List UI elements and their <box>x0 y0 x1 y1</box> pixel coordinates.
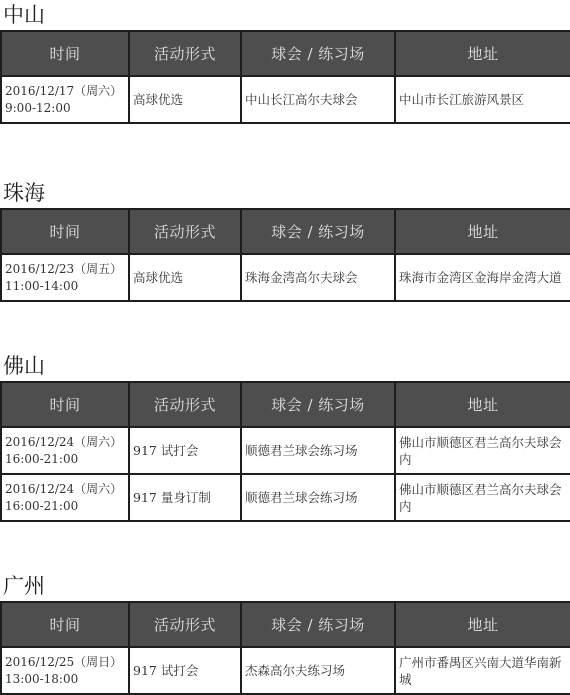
city-title: 佛山 <box>0 354 570 381</box>
hours-text: 16:00-21:00 <box>5 498 126 515</box>
cell-time: 2016/12/25（周日） 13:00-18:00 <box>1 647 129 694</box>
cell-time: 2016/12/17（周六） 9:00-12:00 <box>1 76 129 123</box>
city-title: 珠海 <box>0 181 570 208</box>
column-header-time: 时间 <box>1 382 129 427</box>
cell-activity: 917 量身订制 <box>129 474 241 521</box>
section-guangzhou: 广州 时间 活动形式 球会 / 练习场 地址 2016/12/25（周日） 13… <box>0 574 570 695</box>
cell-activity: 高球优选 <box>129 254 241 301</box>
column-header-venue: 球会 / 练习场 <box>241 209 395 254</box>
cell-address: 广州市番禺区兴南大道华南新城 <box>395 647 570 694</box>
city-title: 中山 <box>0 3 570 30</box>
date-text: 2016/12/25（周日） <box>5 654 126 671</box>
column-header-address: 地址 <box>395 602 570 647</box>
table-header-row: 时间 活动形式 球会 / 练习场 地址 <box>1 602 570 647</box>
column-header-address: 地址 <box>395 31 570 76</box>
date-text: 2016/12/24（周六） <box>5 481 126 498</box>
schedule-table: 时间 活动形式 球会 / 练习场 地址 2016/12/24（周六） 16:00… <box>0 381 570 522</box>
hours-text: 13:00-18:00 <box>5 671 126 688</box>
table-row: 2016/12/24（周六） 16:00-21:00 917 试打会 顺德君兰球… <box>1 427 570 474</box>
schedule-table: 时间 活动形式 球会 / 练习场 地址 2016/12/23（周五） 11:00… <box>0 208 570 302</box>
date-text: 2016/12/23（周五） <box>5 261 126 278</box>
cell-venue: 顺德君兰球会练习场 <box>241 427 395 474</box>
section-zhongshan: 中山 时间 活动形式 球会 / 练习场 地址 2016/12/17（周六） 9:… <box>0 3 570 124</box>
column-header-address: 地址 <box>395 382 570 427</box>
schedule-table: 时间 活动形式 球会 / 练习场 地址 2016/12/25（周日） 13:00… <box>0 601 570 695</box>
column-header-activity: 活动形式 <box>129 209 241 254</box>
column-header-time: 时间 <box>1 31 129 76</box>
cell-venue: 中山长江高尔夫球会 <box>241 76 395 123</box>
cell-activity: 917 试打会 <box>129 427 241 474</box>
date-text: 2016/12/24（周六） <box>5 434 126 451</box>
hours-text: 11:00-14:00 <box>5 278 126 295</box>
table-row: 2016/12/24（周六） 16:00-21:00 917 量身订制 顺德君兰… <box>1 474 570 521</box>
table-header-row: 时间 活动形式 球会 / 练习场 地址 <box>1 31 570 76</box>
cell-venue: 顺德君兰球会练习场 <box>241 474 395 521</box>
cell-address: 佛山市顺德区君兰高尔夫球会内 <box>395 427 570 474</box>
column-header-activity: 活动形式 <box>129 382 241 427</box>
cell-venue: 珠海金湾高尔夫球会 <box>241 254 395 301</box>
column-header-venue: 球会 / 练习场 <box>241 602 395 647</box>
cell-activity: 高球优选 <box>129 76 241 123</box>
cell-activity: 917 试打会 <box>129 647 241 694</box>
column-header-venue: 球会 / 练习场 <box>241 31 395 76</box>
cell-time: 2016/12/23（周五） 11:00-14:00 <box>1 254 129 301</box>
table-row: 2016/12/25（周日） 13:00-18:00 917 试打会 杰森高尔夫… <box>1 647 570 694</box>
table-header-row: 时间 活动形式 球会 / 练习场 地址 <box>1 209 570 254</box>
column-header-time: 时间 <box>1 209 129 254</box>
cell-address: 珠海市金湾区金海岸金湾大道 <box>395 254 570 301</box>
section-zhuhai: 珠海 时间 活动形式 球会 / 练习场 地址 2016/12/23（周五） 11… <box>0 181 570 302</box>
column-header-venue: 球会 / 练习场 <box>241 382 395 427</box>
table-row: 2016/12/23（周五） 11:00-14:00 高球优选 珠海金湾高尔夫球… <box>1 254 570 301</box>
cell-time: 2016/12/24（周六） 16:00-21:00 <box>1 427 129 474</box>
column-header-activity: 活动形式 <box>129 31 241 76</box>
hours-text: 9:00-12:00 <box>5 100 126 117</box>
column-header-time: 时间 <box>1 602 129 647</box>
table-row: 2016/12/17（周六） 9:00-12:00 高球优选 中山长江高尔夫球会… <box>1 76 570 123</box>
hours-text: 16:00-21:00 <box>5 451 126 468</box>
cell-venue: 杰森高尔夫练习场 <box>241 647 395 694</box>
schedule-table: 时间 活动形式 球会 / 练习场 地址 2016/12/17（周六） 9:00-… <box>0 30 570 124</box>
cell-address: 佛山市顺德区君兰高尔夫球会内 <box>395 474 570 521</box>
cell-time: 2016/12/24（周六） 16:00-21:00 <box>1 474 129 521</box>
column-header-address: 地址 <box>395 209 570 254</box>
city-title: 广州 <box>0 574 570 601</box>
section-foshan: 佛山 时间 活动形式 球会 / 练习场 地址 2016/12/24（周六） 16… <box>0 354 570 522</box>
column-header-activity: 活动形式 <box>129 602 241 647</box>
cell-address: 中山市长江旅游风景区 <box>395 76 570 123</box>
date-text: 2016/12/17（周六） <box>5 83 126 100</box>
table-header-row: 时间 活动形式 球会 / 练习场 地址 <box>1 382 570 427</box>
